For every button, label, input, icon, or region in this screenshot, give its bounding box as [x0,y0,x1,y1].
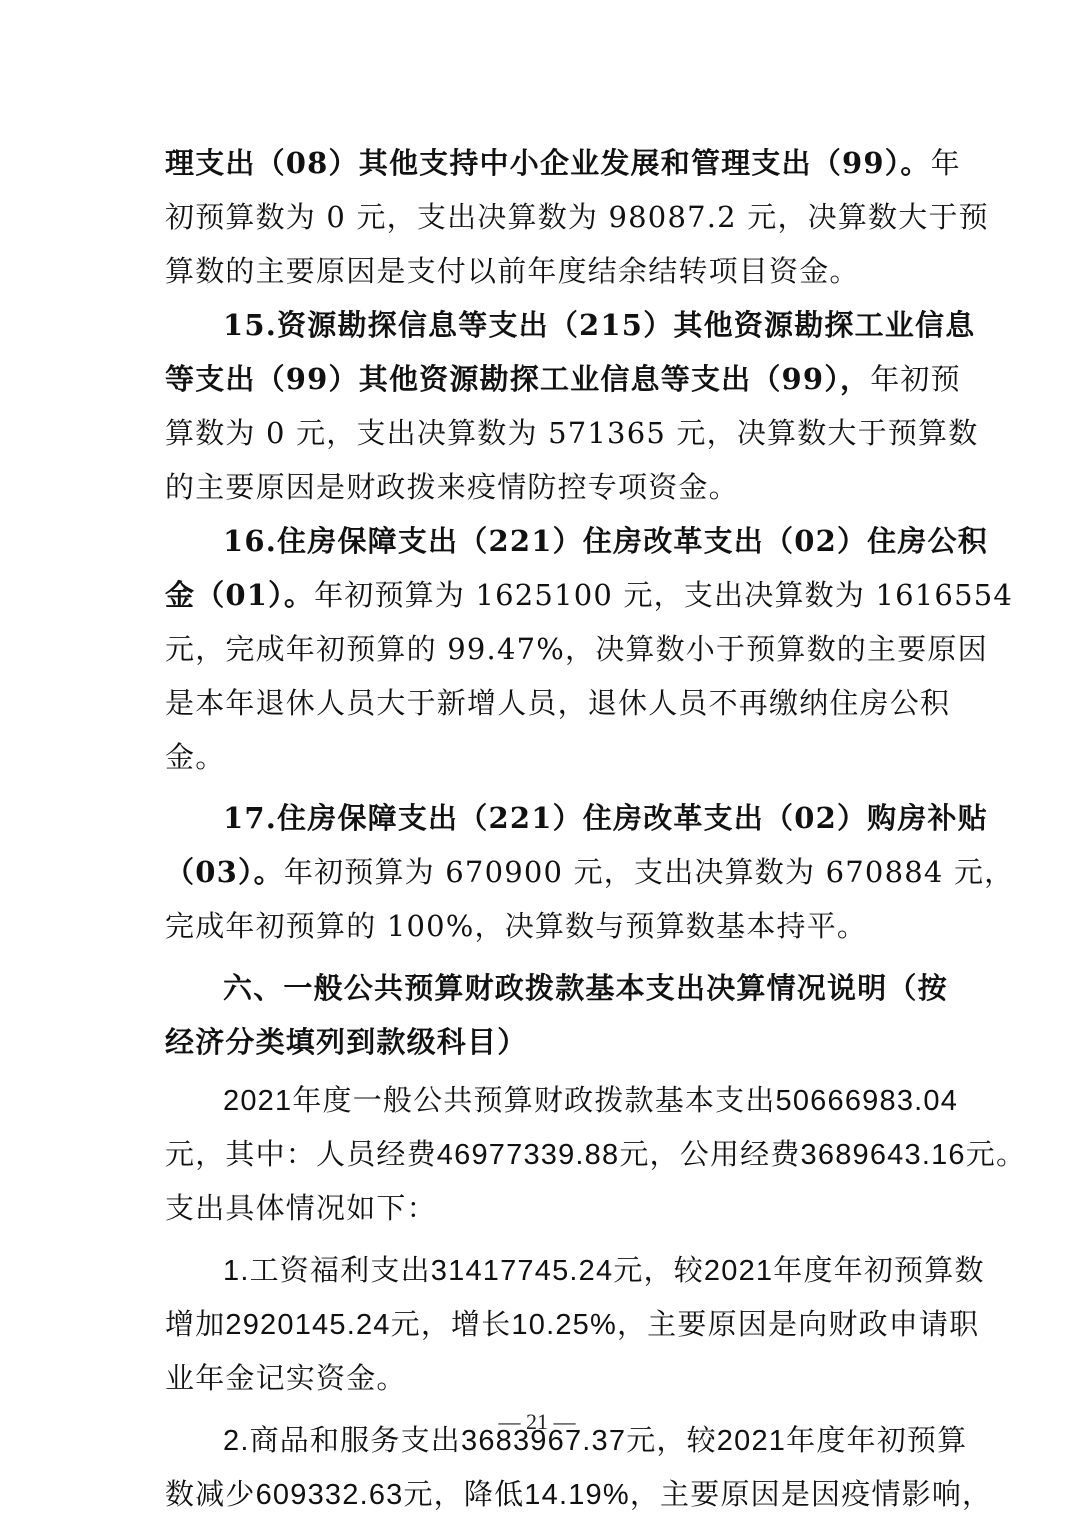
text-line: 完成年初预算的 100%，决算数与预算数基本持平。 [165,901,867,951]
body-text: 完成年初预算的 100%，决算数与预算数基本持平。 [165,909,867,943]
bold-text: 理支出（08）其他支持中小企业发展和管理支出（99）。 [165,146,931,180]
text-line: 数减少609332.63元，降低14.19%，主要原因是因疫情影响， [165,1470,992,1520]
section-heading: 六、一般公共预算财政拨款基本支出决算情况说明（按 [223,963,948,1013]
body-text: 2021年度一般公共预算财政拨款基本支出50666983.04 [223,1085,958,1117]
body-text: 元，其中：人员经费46977339.88元，公用经费3689643.16元。 [165,1139,1026,1171]
body-text: 年初预 [870,362,961,396]
text-line: 金。 [165,732,225,782]
body-text: 支出具体情况如下： [165,1193,437,1225]
body-text: 1.工资福利支出31417745.24元，较2021年度年初预算数 [223,1255,985,1287]
text-line: 17.住房保障支出（221）住房改革支出（02）购房补贴 [223,793,988,843]
bold-text: 15.资源勘探信息等支出（215）其他资源勘探工业信息 [223,308,975,342]
body-text: 数减少609332.63元，降低14.19%，主要原因是因疫情影响， [165,1479,992,1511]
text-line: 是本年退休人员大于新增人员，退休人员不再缴纳住房公积 [165,678,950,728]
body-text: 年初预算为 670900 元，支出决算数为 670884 元， [284,855,1014,889]
text-line: （03）。年初预算为 670900 元，支出决算数为 670884 元， [165,847,1014,897]
section-heading: 经济分类填列到款级科目） [165,1017,527,1067]
text-line: 2021年度一般公共预算财政拨款基本支出50666983.04 [223,1076,958,1126]
bold-text: （03）。 [165,855,284,889]
body-text: 元，完成年初预算的 99.47%，决算数小于预算数的主要原因 [165,632,988,666]
body-text: 年 [931,146,961,180]
text-line: 支出具体情况如下： [165,1184,437,1234]
text-line: 1.工资福利支出31417745.24元，较2021年度年初预算数 [223,1246,985,1296]
body-text: 算数为 0 元，支出决算数为 571365 元，决算数大于预算数 [165,416,978,450]
body-text: 增加2920145.24元，增长10.25%，主要原因是向财政申请职 [165,1309,979,1341]
text-line: 元，完成年初预算的 99.47%，决算数小于预算数的主要原因 [165,624,988,674]
bold-text: 等支出（99）其他资源勘探工业信息等支出（99）， [165,362,870,396]
page-number: — 21 — [0,1409,1074,1435]
text-line: 算数的主要原因是支付以前年度结余结转项目资金。 [165,246,860,296]
bold-text: 16.住房保障支出（221）住房改革支出（02）住房公积 [223,524,988,558]
bold-text: 17.住房保障支出（221）住房改革支出（02）购房补贴 [223,801,988,835]
document-page: 理支出（08）其他支持中小企业发展和管理支出（99）。年 初预算数为 0 元，支… [0,0,1074,1520]
bold-text: 金（01）。 [165,578,314,612]
body-text: 是本年退休人员大于新增人员，退休人员不再缴纳住房公积 [165,686,950,720]
text-line: 业年金记实资金。 [165,1354,407,1404]
body-text: 年初预算为 1625100 元，支出决算数为 1616554 [314,578,1013,612]
body-text: 业年金记实资金。 [165,1363,407,1395]
body-text: 金。 [165,740,225,774]
text-line: 元，其中：人员经费46977339.88元，公用经费3689643.16元。 [165,1130,1026,1180]
body-text: 初预算数为 0 元，支出决算数为 98087.2 元，决算数大于预 [165,200,989,234]
body-text: 算数的主要原因是支付以前年度结余结转项目资金。 [165,254,860,288]
text-line: 初预算数为 0 元，支出决算数为 98087.2 元，决算数大于预 [165,192,989,242]
text-line: 15.资源勘探信息等支出（215）其他资源勘探工业信息 [223,300,975,350]
heading-text: 经济分类填列到款级科目） [165,1025,527,1059]
text-line: 增加2920145.24元，增长10.25%，主要原因是向财政申请职 [165,1300,979,1350]
text-line: 理支出（08）其他支持中小企业发展和管理支出（99）。年 [165,138,961,188]
heading-text: 六、一般公共预算财政拨款基本支出决算情况说明（按 [223,971,948,1005]
text-line: 的主要原因是财政拨来疫情防控专项资金。 [165,462,739,512]
text-line: 金（01）。年初预算为 1625100 元，支出决算数为 1616554 [165,570,1013,620]
text-line: 算数为 0 元，支出决算数为 571365 元，决算数大于预算数 [165,408,978,458]
text-line: 16.住房保障支出（221）住房改革支出（02）住房公积 [223,516,988,566]
text-line: 等支出（99）其他资源勘探工业信息等支出（99），年初预 [165,354,961,404]
body-text: 的主要原因是财政拨来疫情防控专项资金。 [165,470,739,504]
